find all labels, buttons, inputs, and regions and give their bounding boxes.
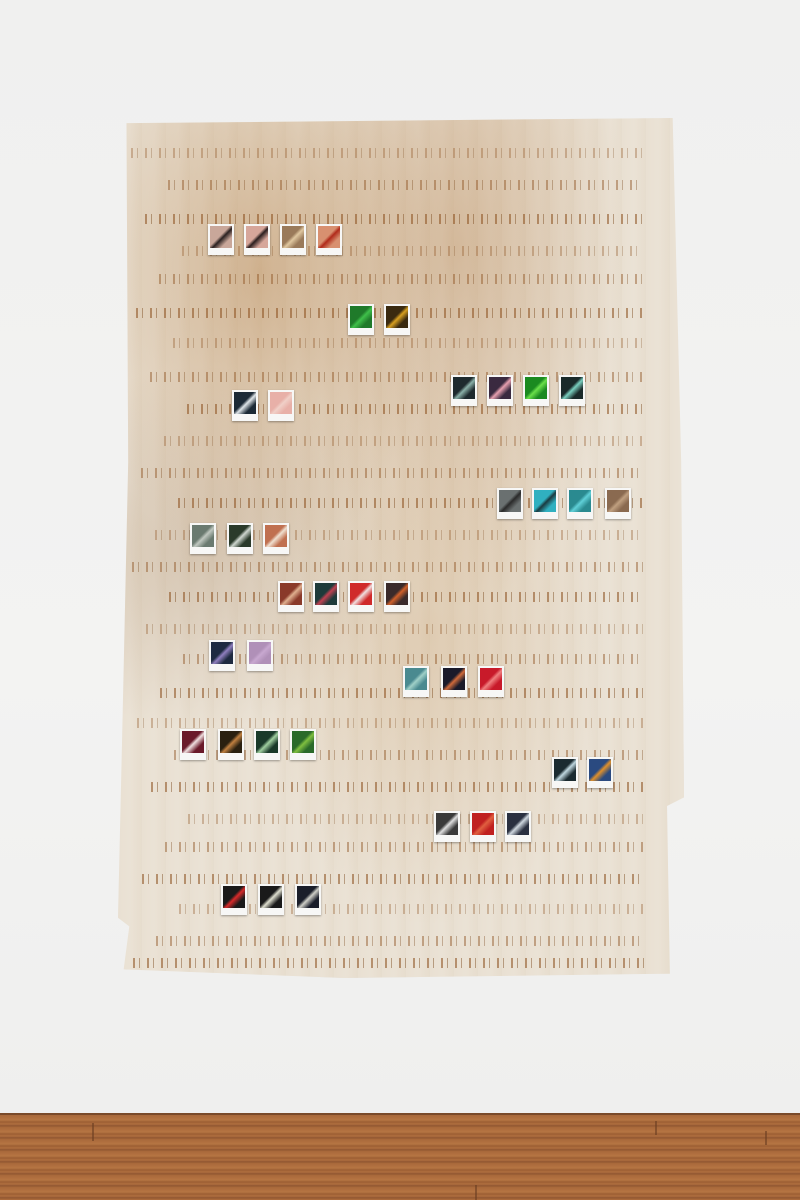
polaroid-photo [567,488,593,519]
polaroid-image [229,525,251,547]
polaroid-image [525,377,547,399]
rust-stain-row [153,936,644,946]
polaroid-image [249,642,271,664]
polaroid-photo [384,304,410,335]
rust-stain-row [152,530,644,540]
polaroid-photo [268,390,294,421]
polaroid-photo [180,729,206,760]
polaroid-photo [470,811,496,842]
polaroid-photo [258,884,284,915]
polaroid-photo [505,811,531,842]
polaroid-photo [232,390,258,421]
rust-stain-row [128,148,644,158]
floor-seam [655,1121,657,1135]
polaroid-photo [523,375,549,406]
polaroid-photo [209,640,235,671]
wooden-floor [0,1113,800,1200]
polaroid-image [211,642,233,664]
polaroid-image [436,813,458,835]
polaroid-image [480,668,502,690]
polaroid-image [280,583,302,605]
rust-stain-row [161,436,644,446]
floor-seam [475,1185,477,1200]
polaroid-image [507,813,529,835]
rust-stain-row [142,214,644,224]
polaroid-photo [434,811,460,842]
polaroid-image [589,759,611,781]
polaroid-image [489,377,511,399]
floor-seam [92,1123,94,1141]
polaroid-image [386,306,408,328]
polaroid-image [405,668,427,690]
polaroid-image [453,377,475,399]
polaroid-image [315,583,337,605]
polaroid-photo [244,224,270,255]
polaroid-image [210,226,232,248]
rust-stain-row [157,688,644,698]
polaroid-image [554,759,576,781]
polaroid-image [472,813,494,835]
polaroid-photo [487,375,513,406]
polaroid-image [270,392,292,414]
polaroid-photo [552,757,578,788]
polaroid-photo [290,729,316,760]
polaroid-photo [478,666,504,697]
polaroid-photo [348,581,374,612]
polaroid-image [182,731,204,753]
rust-stain-row [138,468,644,478]
rust-stain-row [134,718,644,728]
polaroid-image [234,392,256,414]
polaroid-image [220,731,242,753]
polaroid-image [297,886,319,908]
polaroid-photo [280,224,306,255]
polaroid-photo [254,729,280,760]
rust-stain-row [130,958,644,968]
polaroid-photo [605,488,631,519]
polaroid-image [282,226,304,248]
polaroid-image [318,226,340,248]
polaroid-image [569,490,591,512]
polaroid-image [350,583,372,605]
polaroid-photo [451,375,477,406]
polaroid-image [443,668,465,690]
polaroid-photo [208,224,234,255]
polaroid-image [265,525,287,547]
polaroid-photo [247,640,273,671]
rust-stain-row [170,338,644,348]
polaroid-image [292,731,314,753]
polaroid-photo [587,757,613,788]
rust-stain-row [139,874,644,884]
polaroid-image [561,377,583,399]
polaroid-image [246,226,268,248]
rust-stain-row [129,562,644,572]
rust-stain-row [162,842,644,852]
polaroid-photo [221,884,247,915]
rust-stain-row [165,180,644,190]
polaroid-photo [218,729,244,760]
polaroid-image [499,490,521,512]
polaroid-photo [384,581,410,612]
polaroid-image [192,525,214,547]
rust-stain-row [143,624,644,634]
polaroid-image [260,886,282,908]
polaroid-photo [316,224,342,255]
polaroid-image [223,886,245,908]
polaroid-image [534,490,556,512]
polaroid-image [386,583,408,605]
polaroid-photo [263,523,289,554]
floor-seam [765,1131,767,1145]
polaroid-photo [532,488,558,519]
polaroid-photo [313,581,339,612]
polaroid-photo [497,488,523,519]
polaroid-image [607,490,629,512]
polaroid-image [350,306,372,328]
polaroid-photo [278,581,304,612]
rust-stain-row [185,814,644,824]
polaroid-photo [295,884,321,915]
rust-stain-row [156,274,644,284]
polaroid-photo [441,666,467,697]
polaroid-photo [403,666,429,697]
polaroid-photo [227,523,253,554]
polaroid-photo [190,523,216,554]
polaroid-image [256,731,278,753]
polaroid-photo [348,304,374,335]
polaroid-photo [559,375,585,406]
